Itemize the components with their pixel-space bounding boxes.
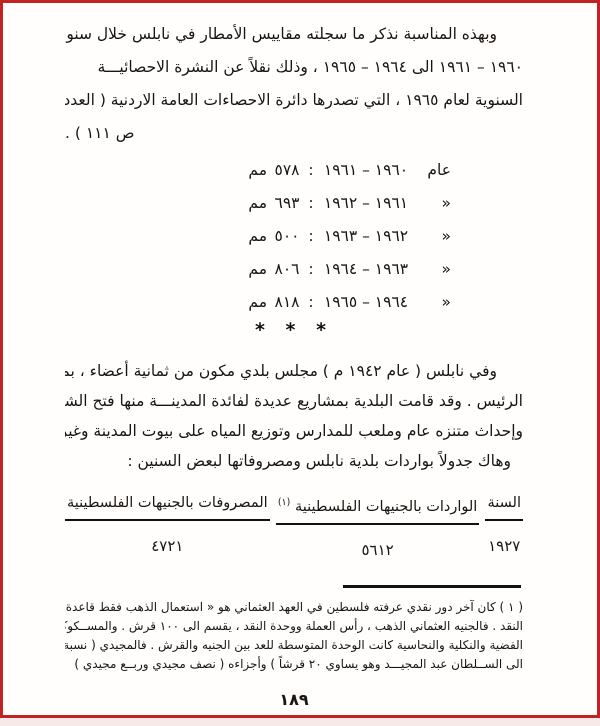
colon-separator: : <box>307 220 315 253</box>
column-header-expenditures: المصروفات بالجنيهات الفلسطينية <box>65 493 270 521</box>
rainfall-row: عام ١٩٦٠ – ١٩٦١ : ٥٧٨ مم <box>251 154 451 187</box>
intro-paragraph: وبهذه المناسبة نذكر ما سجلته مقاييس الأم… <box>65 18 523 150</box>
rainfall-row: « ١٩٦١ – ١٩٦٢ : ٦٩٣ مم <box>251 187 451 220</box>
column-header-year: السنة <box>485 493 523 521</box>
footnote-line: الفضية والنكلية والنحاسية كانت الوحدة ال… <box>65 636 523 655</box>
rainfall-row: « ١٩٦٤ – ١٩٦٥ : ٨١٨ مم <box>251 286 451 319</box>
rainfall-row: « ١٩٦٢ – ١٩٦٣ : ٥٠٠ مم <box>251 220 451 253</box>
ditto-mark: « <box>417 187 451 220</box>
page-number: ١٨٩ <box>65 690 523 709</box>
rainfall-period: ١٩٦١ – ١٩٦٢ <box>320 187 412 220</box>
paragraph-line: وفي نابلس ( عام ١٩٤٢ م ) مجلس بلدي مكون … <box>65 356 523 386</box>
revenue-expense-table: السنة ١٩٢٧ الواردات بالجنيهات الفلسطينية… <box>65 493 523 559</box>
paragraph-line: ص ١١١ ) . <box>65 117 523 150</box>
table-column-expenditures: المصروفات بالجنيهات الفلسطينية ٤٧٢١ <box>65 493 270 555</box>
rainfall-unit: مم <box>248 220 267 253</box>
table-value-revenues: ٥٦١٢ <box>361 541 393 559</box>
rainfall-row: « ١٩٦٣ – ١٩٦٤ : ٨٠٦ مم <box>251 253 451 286</box>
footnote-line: الى الســلطان عبد المجيـــد وهو يساوي ٢٠… <box>65 655 523 674</box>
rainfall-year-label: عام <box>417 154 451 187</box>
rainfall-period: ١٩٦٠ – ١٩٦١ <box>320 154 412 187</box>
footnote-line: النقد . فالجنيه العثماني الذهب ، رأس الع… <box>65 617 523 636</box>
rainfall-value: ٦٩٣ <box>272 187 302 220</box>
paragraph-line: وبهذه المناسبة نذكر ما سجلته مقاييس الأم… <box>65 18 523 51</box>
rainfall-unit: مم <box>248 154 267 187</box>
rainfall-value: ٨٠٦ <box>272 253 302 286</box>
paragraph-line: الرئيس . وقد قامت البلدية بمشاريع عديدة … <box>65 386 523 416</box>
ditto-mark: « <box>417 253 451 286</box>
rainfall-unit: مم <box>248 253 267 286</box>
rainfall-list: عام ١٩٦٠ – ١٩٦١ : ٥٧٨ مم « ١٩٦١ – ١٩٦٢ :… <box>251 154 451 319</box>
rainfall-period: ١٩٦٣ – ١٩٦٤ <box>320 253 412 286</box>
body-paragraph: وفي نابلس ( عام ١٩٤٢ م ) مجلس بلدي مكون … <box>65 356 523 476</box>
rainfall-value: ٨١٨ <box>272 286 302 319</box>
paragraph-line: السنوية لعام ١٩٦٥ ، التي تصدرها دائرة ال… <box>65 84 523 117</box>
colon-separator: : <box>307 253 315 286</box>
footnote-separator-rule <box>343 585 521 588</box>
ditto-mark: « <box>417 220 451 253</box>
paragraph-line: وهاك جدولاً بواردات بلدية نابلس ومصروفات… <box>65 446 523 476</box>
rainfall-value: ٥٠٠ <box>272 220 302 253</box>
paragraph-line: وإحداث متنزه عام وملعب للمدارس وتوزيع ال… <box>65 416 523 446</box>
table-column-revenues: الواردات بالجنيهات الفلسطينية (١) ٥٦١٢ <box>276 493 480 559</box>
rainfall-unit: مم <box>248 286 267 319</box>
colon-separator: : <box>307 187 315 220</box>
footnote-ref-superscript: (١) <box>278 497 291 508</box>
column-header-revenues-label: الواردات بالجنيهات الفلسطينية <box>295 499 477 515</box>
table-value-expenditures: ٤٧٢١ <box>151 537 183 555</box>
rainfall-unit: مم <box>248 187 267 220</box>
rainfall-period: ١٩٦٢ – ١٩٦٣ <box>320 220 412 253</box>
footnote: ( ١ ) كان آخر دور نقدي عرفته فلسطين في ا… <box>65 598 523 674</box>
colon-separator: : <box>307 286 315 319</box>
column-header-revenues: الواردات بالجنيهات الفلسطينية (١) <box>276 493 480 525</box>
table-value-year: ١٩٢٧ <box>488 537 520 555</box>
rainfall-period: ١٩٦٤ – ١٩٦٥ <box>320 286 412 319</box>
footnote-line: ( ١ ) كان آخر دور نقدي عرفته فلسطين في ا… <box>65 598 523 617</box>
section-divider-stars: * * * <box>65 319 523 341</box>
page-content: وبهذه المناسبة نذكر ما سجلته مقاييس الأم… <box>3 3 597 715</box>
paragraph-line: ١٩٦٠ – ١٩٦١ الى ١٩٦٤ – ١٩٦٥ ، وذلك نقلاً… <box>65 51 523 84</box>
colon-separator: : <box>307 154 315 187</box>
rainfall-value: ٥٧٨ <box>272 154 302 187</box>
scanned-book-page: وبهذه المناسبة نذكر ما سجلته مقاييس الأم… <box>0 0 600 718</box>
ditto-mark: « <box>417 286 451 319</box>
table-column-year: السنة ١٩٢٧ <box>485 493 523 555</box>
